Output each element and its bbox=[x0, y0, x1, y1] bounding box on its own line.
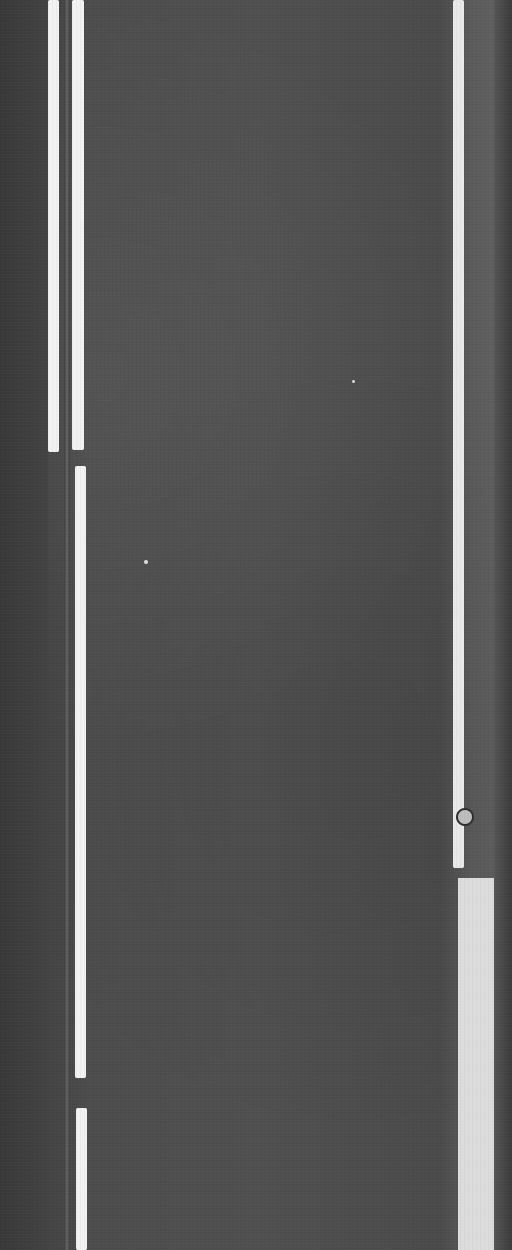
right-edge-line bbox=[453, 0, 464, 868]
left-inner-lane-line-bottom bbox=[76, 1108, 87, 1250]
pavement-seam bbox=[64, 0, 70, 1250]
left-inner-lane-line-top bbox=[72, 0, 84, 450]
right-wide-marking-block bbox=[458, 878, 494, 1250]
manhole-cover-icon bbox=[456, 808, 474, 826]
surface-speck bbox=[352, 380, 355, 383]
left-inner-lane-line-middle bbox=[75, 466, 86, 1078]
right-curb bbox=[494, 0, 512, 1250]
road-surface bbox=[0, 0, 512, 1250]
left-outer-lane-line bbox=[48, 0, 59, 452]
left-shoulder bbox=[0, 0, 48, 1250]
surface-speck bbox=[144, 560, 148, 564]
